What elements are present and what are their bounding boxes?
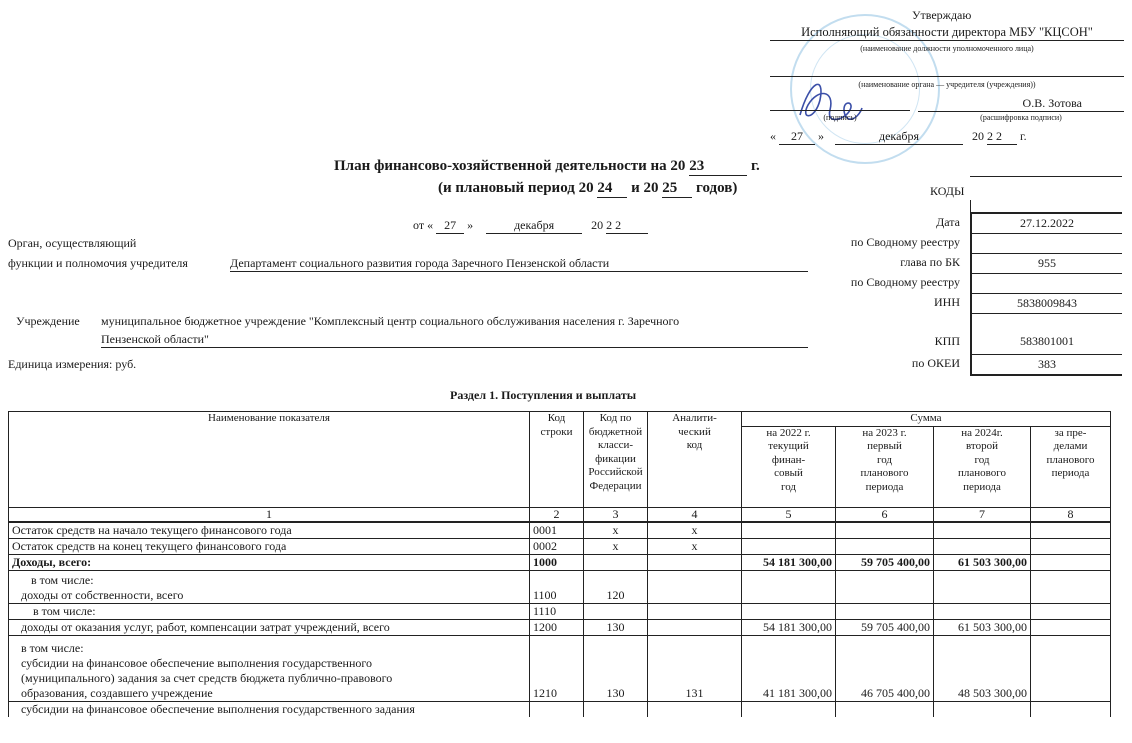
row-sum-2024 [934, 702, 1031, 718]
h2024-l3: год [937, 454, 1027, 468]
doc-date-prefix: от « [413, 218, 433, 232]
organ-label-1: Орган, осуществляющий [8, 236, 136, 251]
row-sum-beyond [1031, 522, 1111, 539]
table-row: Остаток средств на начало текущего финан… [9, 522, 1111, 539]
code-label-date: Дата [790, 212, 960, 232]
signature-line [770, 96, 910, 111]
institution-value-line2: Пензенской области" [101, 332, 808, 348]
colnum-6: 6 [836, 508, 934, 523]
code-label-kpp: КПП [790, 312, 960, 353]
code-value-registry-2 [972, 274, 1122, 294]
row-budget-code [584, 702, 648, 718]
codes-box: 27.12.2022 955 5838009843 583801001 383 [970, 212, 1122, 376]
row-budget-code: 120 [584, 571, 648, 604]
table-row: в том числе:1110 [9, 604, 1111, 620]
row-analytic-code [648, 604, 742, 620]
row-analytic-code [648, 620, 742, 636]
h2022-l4: совый [745, 467, 832, 481]
row-sum-2024 [934, 522, 1031, 539]
table-row: в том числе:доходы от собственности, все… [9, 571, 1111, 604]
row-sum-2024 [934, 604, 1031, 620]
row-sum-2022: 54 181 300,00 [742, 555, 836, 571]
codes-heading: КОДЫ [930, 184, 964, 199]
row-name: субсидии на финансовое обеспечение выпол… [9, 702, 530, 718]
table-row: Доходы, всего:100054 181 300,0059 705 40… [9, 555, 1111, 571]
approval-day: 27 [779, 129, 815, 145]
row-sum-beyond [1031, 555, 1111, 571]
colnum-7: 7 [934, 508, 1031, 523]
title-line2-prefix: (и плановый период 20 [438, 180, 594, 196]
row-sum-beyond [1031, 702, 1111, 718]
row-code [530, 702, 584, 718]
row-code: 1000 [530, 555, 584, 571]
colnum-5: 5 [742, 508, 836, 523]
row-budget-code: x [584, 522, 648, 539]
section-title: Раздел 1. Поступления и выплаты [450, 388, 636, 403]
header-budget-l5: Российской [587, 466, 644, 480]
row-budget-code [584, 555, 648, 571]
code-value-date: 27.12.2022 [972, 214, 1122, 234]
approval-date: « 27 » декабря 20 2 2 г. [770, 129, 1027, 145]
code-label-inn: ИНН [790, 292, 960, 312]
header-budget-l1: Код по [587, 412, 644, 426]
code-value-kpp: 583801001 [972, 314, 1122, 355]
code-label-okei: по ОКЕИ [790, 353, 960, 373]
codes-topline [970, 176, 1122, 177]
row-sum-2023 [836, 702, 934, 718]
row-name: Доходы, всего: [9, 555, 530, 571]
header-beyond: за пре- делами планового периода [1031, 426, 1111, 508]
h2024-l2: второй [937, 440, 1027, 454]
row-name-line: в том числе: [21, 573, 526, 588]
row-sum-beyond [1031, 539, 1111, 555]
table-row: в том числе:субсидии на финансовое обесп… [9, 636, 1111, 702]
row-sum-2022 [742, 604, 836, 620]
h2022-l2: текущий [745, 440, 832, 454]
header-2023: на 2023 г. первый год планового периода [836, 426, 934, 508]
row-code: 1110 [530, 604, 584, 620]
h2023-l2: первый [839, 440, 930, 454]
header-analytic-code: Аналити- ческий код [648, 412, 742, 508]
hbeyond-l3: планового [1034, 454, 1107, 468]
title-line2-mid: и 20 [631, 180, 658, 196]
header-budget-l2: бюджетной [587, 426, 644, 440]
row-analytic-code: 131 [648, 636, 742, 702]
hbeyond-l1: за пре- [1034, 427, 1107, 441]
signer-name: О.В. Зотова [918, 96, 1124, 112]
header-analytic-l2: ческий [651, 426, 738, 440]
date-open-quote: « [770, 129, 776, 143]
row-name: в том числе:доходы от собственности, все… [9, 571, 530, 604]
row-budget-code: 130 [584, 636, 648, 702]
code-value-inn: 5838009843 [972, 294, 1122, 314]
table-row: доходы от оказания услуг, работ, компенс… [9, 620, 1111, 636]
hbeyond-l2: делами [1034, 440, 1107, 454]
row-sum-2024: 48 503 300,00 [934, 636, 1031, 702]
h2022-l3: финан- [745, 454, 832, 468]
code-label-registry-1: по Сводному реестру [790, 232, 960, 252]
approval-year-suffix: 2 2 [987, 129, 1017, 145]
header-2022: на 2022 г. текущий финан- совый год [742, 426, 836, 508]
organ-caption: (наименование органа — учредителя (учреж… [770, 80, 1124, 89]
header-2024: на 2024г. второй год планового периода [934, 426, 1031, 508]
row-sum-2022: 54 181 300,00 [742, 620, 836, 636]
header-budget-code: Код по бюджетной класси- фикации Российс… [584, 412, 648, 508]
row-name: Остаток средств на начало текущего финан… [9, 522, 530, 539]
h2022-l5: год [745, 481, 832, 495]
document-date: от « 27 » декабря 20 2 2 [413, 218, 648, 234]
plan-title-line1: План финансово-хозяйственной деятельност… [334, 158, 760, 176]
codes-labels: Дата по Сводному реестру глава по БК по … [790, 212, 960, 373]
hbeyond-l4: периода [1034, 467, 1107, 481]
code-label-chapter: глава по БК [790, 252, 960, 272]
h2024-l1: на 2024г. [937, 427, 1027, 441]
colnum-8: 8 [1031, 508, 1111, 523]
row-sum-2024: 61 503 300,00 [934, 555, 1031, 571]
codes-connector [970, 200, 971, 212]
organ-value-text: Департамент социального развития города … [230, 256, 609, 270]
row-sum-2023 [836, 522, 934, 539]
row-sum-2024 [934, 539, 1031, 555]
table-row: Остаток средств на конец текущего финанс… [9, 539, 1111, 555]
table-body: Остаток средств на начало текущего финан… [9, 522, 1111, 717]
row-name: Остаток средств на конец текущего финанс… [9, 539, 530, 555]
approval-year-prefix: 20 [972, 129, 984, 143]
row-sum-2023 [836, 539, 934, 555]
code-value-chapter: 955 [972, 254, 1122, 274]
doc-date-day: 27 [436, 218, 464, 234]
approval-month: декабря [835, 129, 963, 145]
signature-caption: (подпись) [770, 113, 910, 122]
institution-label: Учреждение [16, 314, 80, 329]
row-sum-2023 [836, 604, 934, 620]
income-table: Наименование показателя Код строки Код п… [8, 411, 1111, 717]
doc-date-year-suffix: 2 2 [606, 218, 648, 234]
row-sum-2023: 59 705 400,00 [836, 555, 934, 571]
plan-title-line2: (и плановый период 20 24 и 20 25 годов) [438, 180, 737, 198]
row-budget-code: 130 [584, 620, 648, 636]
row-sum-2022 [742, 571, 836, 604]
colnum-3: 3 [584, 508, 648, 523]
institution-value-line1: муниципальное бюджетное учреждение "Комп… [101, 314, 679, 329]
code-label-registry-2: по Сводному реестру [790, 272, 960, 292]
row-code: 1200 [530, 620, 584, 636]
code-value-okei: 383 [972, 355, 1122, 374]
row-sum-2024 [934, 571, 1031, 604]
organ-label-2: функции и полномочия учредителя [8, 256, 188, 271]
colnum-4: 4 [648, 508, 742, 523]
header-row-code: Код строки [530, 412, 584, 508]
title-line2-suffix: годов) [696, 180, 737, 196]
colnum-2: 2 [530, 508, 584, 523]
row-name-line: доходы от собственности, всего [21, 588, 526, 603]
row-name: в том числе:субсидии на финансовое обесп… [9, 636, 530, 702]
row-name-line: образования, создавшего учреждение [21, 686, 526, 701]
row-sum-beyond [1031, 620, 1111, 636]
unit-label: Единица измерения: руб. [8, 357, 136, 372]
table-row: субсидии на финансовое обеспечение выпол… [9, 702, 1111, 718]
header-name: Наименование показателя [9, 412, 530, 508]
header-budget-l4: фикации [587, 453, 644, 467]
row-sum-2023 [836, 571, 934, 604]
column-numbers-row: 1 2 3 4 5 6 7 8 [9, 508, 1111, 523]
row-code: 1100 [530, 571, 584, 604]
row-budget-code: x [584, 539, 648, 555]
row-name-line: в том числе: [21, 641, 526, 656]
title-prefix: План финансово-хозяйственной деятельност… [334, 158, 685, 174]
row-budget-code [584, 604, 648, 620]
h2023-l4: планового [839, 467, 930, 481]
row-analytic-code [648, 571, 742, 604]
colnum-1: 1 [9, 508, 530, 523]
row-name-line: (муниципального) задания за счет средств… [21, 671, 526, 686]
title-year2: 25 [662, 180, 692, 198]
row-analytic-code: x [648, 522, 742, 539]
h2023-l1: на 2023 г. [839, 427, 930, 441]
header-budget-l6: Федерации [587, 480, 644, 494]
header-analytic-l3: код [651, 439, 738, 453]
header-row-code-l2: строки [533, 426, 580, 440]
code-value-registry-1 [972, 234, 1122, 254]
doc-date-year-prefix: 20 [591, 218, 603, 232]
row-code: 0001 [530, 522, 584, 539]
header-budget-l3: класси- [587, 439, 644, 453]
institution-value-line2-text: Пензенской области" [101, 332, 209, 346]
title-year: 23 [689, 158, 747, 176]
position-caption: (наименование должности уполномоченного … [770, 44, 1124, 53]
h2022-l1: на 2022 г. [745, 427, 832, 441]
row-name: в том числе: [9, 604, 530, 620]
row-sum-2022 [742, 539, 836, 555]
h2023-l5: периода [839, 481, 930, 495]
h2023-l3: год [839, 454, 930, 468]
name-caption: (расшифровка подписи) [918, 113, 1124, 122]
row-sum-2023: 46 705 400,00 [836, 636, 934, 702]
row-name-line: субсидии на финансовое обеспечение выпол… [21, 656, 526, 671]
header-row-code-l1: Код [533, 412, 580, 426]
row-sum-2022: 41 181 300,00 [742, 636, 836, 702]
row-sum-beyond [1031, 571, 1111, 604]
row-analytic-code [648, 555, 742, 571]
approval-year-unit: г. [1020, 129, 1027, 143]
approval-heading: Утверждаю [912, 8, 971, 23]
organ-line [770, 63, 1124, 77]
doc-date-month: декабря [486, 218, 582, 234]
row-analytic-code: x [648, 539, 742, 555]
row-sum-2022 [742, 522, 836, 539]
row-analytic-code [648, 702, 742, 718]
row-name: доходы от оказания услуг, работ, компенс… [9, 620, 530, 636]
organ-value: Департамент социального развития города … [230, 256, 808, 272]
approver-position: Исполняющий обязанности директора МБУ "К… [770, 25, 1124, 41]
doc-date-close: » [467, 218, 473, 232]
signer-name-text: О.В. Зотова [1023, 96, 1082, 110]
h2024-l4: планового [937, 467, 1027, 481]
date-close-quote: » [818, 129, 824, 143]
header-analytic-l1: Аналити- [651, 412, 738, 426]
title-suffix: г. [751, 158, 760, 174]
table-header-row-1: Наименование показателя Код строки Код п… [9, 412, 1111, 427]
row-code: 0002 [530, 539, 584, 555]
row-sum-2022 [742, 702, 836, 718]
header-sum: Сумма [742, 412, 1111, 427]
row-sum-2023: 59 705 400,00 [836, 620, 934, 636]
title-year1: 24 [597, 180, 627, 198]
row-sum-2024: 61 503 300,00 [934, 620, 1031, 636]
row-sum-beyond [1031, 636, 1111, 702]
row-sum-beyond [1031, 604, 1111, 620]
row-code: 1210 [530, 636, 584, 702]
h2024-l5: периода [937, 481, 1027, 495]
